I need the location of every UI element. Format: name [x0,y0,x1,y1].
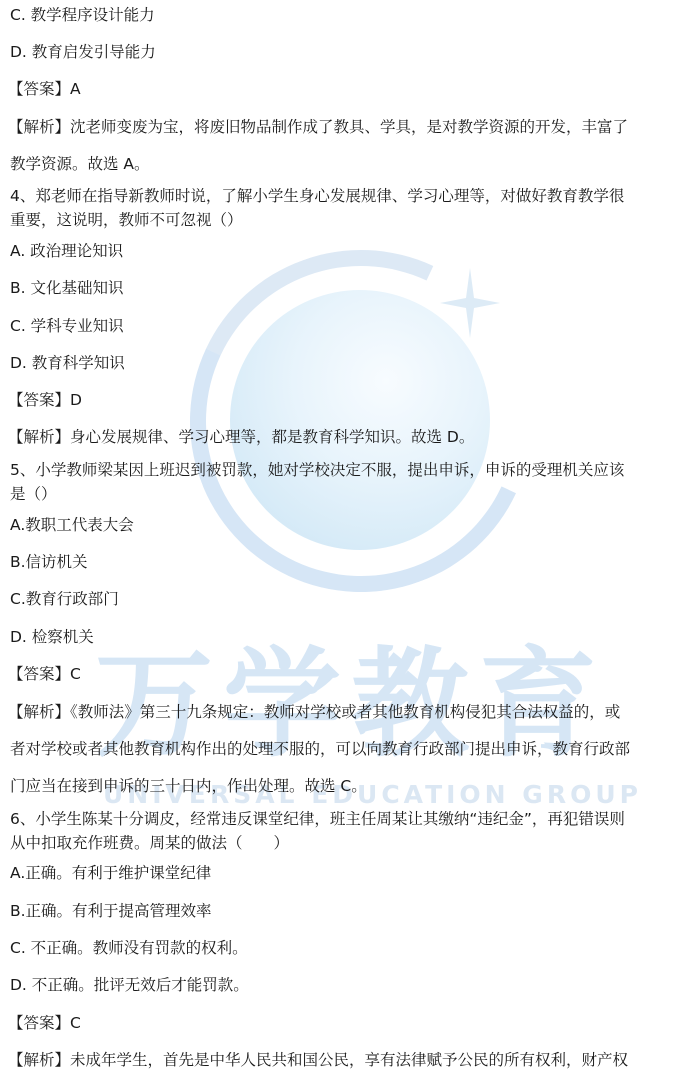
option-line: B.信访机关 [10,553,88,571]
option-line: B. 文化基础知识 [10,279,124,297]
question-line: 6、小学生陈某十分调皮，经常违反课堂纪律，班主任周某让其缴纳“违纪金”，再犯错误… [10,810,625,828]
watermark-ring [142,202,580,640]
option-line: C. 学科专业知识 [10,317,124,335]
answer-line: 【答案】C [8,1014,81,1032]
question-line: 重要，这说明，教师不可忽视（） [10,211,243,229]
answer-line: 【答案】C [8,665,81,683]
option-line: D. 教育启发引导能力 [10,43,156,61]
question-line: 5、小学教师梁某因上班迟到被罚款，她对学校决定不服，提出申诉，申诉的受理机关应该 [10,461,624,479]
option-line: D. 教育科学知识 [10,354,125,372]
option-line: B.正确。有利于提高管理效率 [10,902,212,920]
question-line: 从中扣取充作班费。周某的做法（ ） [10,834,289,852]
option-line: D. 不正确。批评无效后才能罚款。 [10,976,249,994]
option-line: A. 政治理论知识 [10,242,123,260]
option-line: C. 不正确。教师没有罚款的权利。 [10,939,248,957]
question-line: 是（） [10,485,57,503]
option-line: A.教职工代表大会 [10,516,134,534]
analysis-line: 【解析】身心发展规律、学习心理等，都是教育科学知识。故选 D。 [8,428,474,446]
answer-line: 【答案】A [8,80,81,98]
option-line: A.正确。有利于维护课堂纪律 [10,864,211,882]
analysis-line: 门应当在接到申诉的三十日内，作出处理。故选 C。 [10,777,367,795]
option-line: C. 教学程序设计能力 [10,6,155,24]
watermark-sphere [230,290,490,550]
analysis-line: 【解析】未成年学生，首先是中华人民共和国公民，享有法律赋予公民的所有权利，财产权 [8,1051,628,1069]
analysis-line: 【解析】《教师法》第三十九条规定：教师对学校或者其他教育机构侵犯其合法权益的，或 [8,703,620,721]
option-line: D. 检察机关 [10,628,94,646]
answer-line: 【答案】D [8,391,82,409]
analysis-line: 者对学校或者其他教育机构作出的处理不服的，可以向教育行政部门提出申诉，教育行政部 [10,740,630,758]
analysis-line: 【解析】沈老师变废为宝，将废旧物品制作成了教具、学具，是对教学资源的开发，丰富了 [8,118,628,136]
analysis-line: 教学资源。故选 A。 [10,155,150,173]
watermark-star-icon [440,268,500,338]
option-line: C.教育行政部门 [10,590,119,608]
question-line: 4、郑老师在指导新教师时说，了解小学生身心发展规律、学习心理等，对做好教育教学很 [10,187,624,205]
